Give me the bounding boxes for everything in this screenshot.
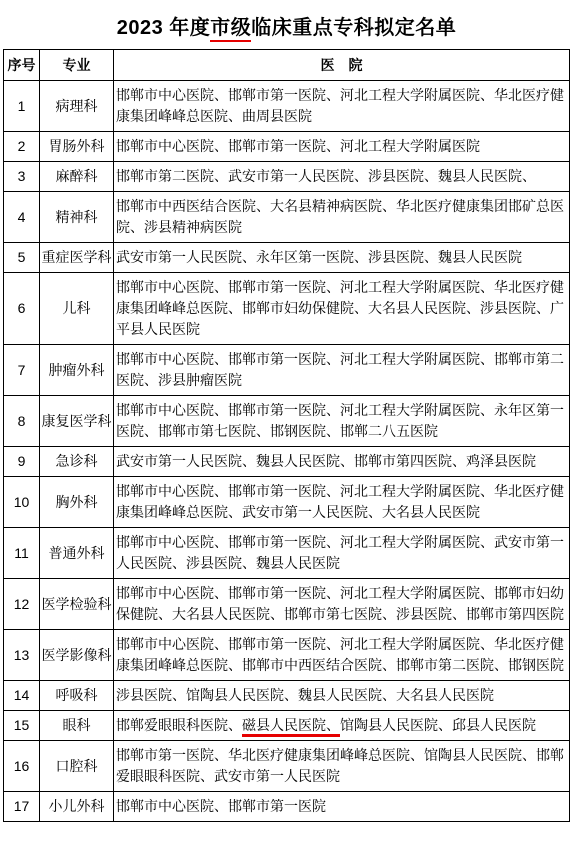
hospital-text: 邯郸市中心医院、邯郸市第一医院、河北工程大学附属医院、华北医疗健康集团峰峰总医院… — [116, 279, 564, 337]
table-row: 10 胸外科 邯郸市中心医院、邯郸市第一医院、河北工程大学附属医院、华北医疗健康… — [4, 477, 570, 528]
row-number-cell: 7 — [4, 345, 40, 396]
hospitals-cell: 邯郸市中心医院、邯郸市第一医院、河北工程大学附属医院、永年区第一医院、邯郸市第七… — [114, 396, 570, 447]
specialty-cell: 肿瘤外科 — [40, 345, 114, 396]
hospitals-cell: 邯郸爱眼眼科医院、磁县人民医院、馆陶县人民医院、邱县人民医院 — [114, 711, 570, 741]
highlighted-hospital: 磁县人民医院、 — [242, 717, 340, 737]
hospitals-cell: 涉县医院、馆陶县人民医院、魏县人民医院、大名县人民医院 — [114, 681, 570, 711]
specialty-cell: 精神科 — [40, 192, 114, 243]
hospitals-cell: 邯郸市中心医院、邯郸市第一医院 — [114, 792, 570, 822]
table-row: 14 呼吸科 涉县医院、馆陶县人民医院、魏县人民医院、大名县人民医院 — [4, 681, 570, 711]
hospital-text: 邯郸市中心医院、邯郸市第一医院 — [116, 798, 326, 814]
table-row: 2 胃肠外科 邯郸市中心医院、邯郸市第一医院、河北工程大学附属医院 — [4, 132, 570, 162]
specialty-cell: 医学影像科 — [40, 630, 114, 681]
specialty-cell: 麻醉科 — [40, 162, 114, 192]
hospitals-cell: 邯郸市中心医院、邯郸市第一医院、河北工程大学附属医院、华北医疗健康集团峰峰总医院… — [114, 81, 570, 132]
hospital-text: 武安市第一人民医院、魏县人民医院、邯郸市第四医院、鸡泽县医院 — [116, 453, 536, 469]
table-row: 1 病理科 邯郸市中心医院、邯郸市第一医院、河北工程大学附属医院、华北医疗健康集… — [4, 81, 570, 132]
document-page: 2023 年度市级临床重点专科拟定名单 序号 专业 医 院 1 病理科 邯郸市中… — [0, 0, 573, 844]
hospital-text: 邯郸市中心医院、邯郸市第一医院、河北工程大学附属医院、华北医疗健康集团峰峰总医院… — [116, 636, 564, 673]
hospitals-cell: 武安市第一人民医院、永年区第一医院、涉县医院、魏县人民医院 — [114, 243, 570, 273]
hospitals-cell: 邯郸市中心医院、邯郸市第一医院、河北工程大学附属医院、邯郸市妇幼保健院、大名县人… — [114, 579, 570, 630]
specialty-cell: 口腔科 — [40, 741, 114, 792]
hospital-text: 邯郸市第二医院、武安市第一人民医院、涉县医院、魏县人民医院、 — [116, 168, 536, 184]
table-row: 3 麻醉科 邯郸市第二医院、武安市第一人民医院、涉县医院、魏县人民医院、 — [4, 162, 570, 192]
hospitals-cell: 邯郸市中西医结合医院、大名县精神病医院、华北医疗健康集团邯矿总医院、涉县精神病医… — [114, 192, 570, 243]
row-number-cell: 2 — [4, 132, 40, 162]
document-table: 序号 专业 医 院 1 病理科 邯郸市中心医院、邯郸市第一医院、河北工程大学附属… — [3, 49, 570, 822]
hospitals-cell: 邯郸市中心医院、邯郸市第一医院、河北工程大学附属医院、邯郸市第二医院、涉县肿瘤医… — [114, 345, 570, 396]
table-row: 7 肿瘤外科 邯郸市中心医院、邯郸市第一医院、河北工程大学附属医院、邯郸市第二医… — [4, 345, 570, 396]
row-number-cell: 5 — [4, 243, 40, 273]
table-row: 11 普通外科 邯郸市中心医院、邯郸市第一医院、河北工程大学附属医院、武安市第一… — [4, 528, 570, 579]
specialty-cell: 眼科 — [40, 711, 114, 741]
row-number-cell: 1 — [4, 81, 40, 132]
specialty-cell: 重症医学科 — [40, 243, 114, 273]
hospitals-cell: 邯郸市中心医院、邯郸市第一医院、河北工程大学附属医院、华北医疗健康集团峰峰总医院… — [114, 477, 570, 528]
row-number-cell: 8 — [4, 396, 40, 447]
table-row: 12 医学检验科 邯郸市中心医院、邯郸市第一医院、河北工程大学附属医院、邯郸市妇… — [4, 579, 570, 630]
specialty-cell: 胃肠外科 — [40, 132, 114, 162]
page-title: 2023 年度市级临床重点专科拟定名单 — [0, 0, 573, 49]
row-number-cell: 3 — [4, 162, 40, 192]
hospital-text: 邯郸市中心医院、邯郸市第一医院、河北工程大学附属医院、华北医疗健康集团峰峰总医院… — [116, 87, 564, 124]
hospital-text: 邯郸市中心医院、邯郸市第一医院、河北工程大学附属医院、华北医疗健康集团峰峰总医院… — [116, 483, 564, 520]
hospital-text: 邯郸爱眼眼科医院、 — [116, 717, 242, 733]
hospitals-cell: 邯郸市第二医院、武安市第一人民医院、涉县医院、魏县人民医院、 — [114, 162, 570, 192]
hospitals-cell: 邯郸市中心医院、邯郸市第一医院、河北工程大学附属医院、华北医疗健康集团峰峰总医院… — [114, 630, 570, 681]
table-row: 13 医学影像科 邯郸市中心医院、邯郸市第一医院、河北工程大学附属医院、华北医疗… — [4, 630, 570, 681]
row-number-cell: 17 — [4, 792, 40, 822]
specialty-cell: 普通外科 — [40, 528, 114, 579]
title-text: 2023 年度 — [117, 17, 211, 39]
hospitals-cell: 邯郸市中心医院、邯郸市第一医院、河北工程大学附属医院 — [114, 132, 570, 162]
hospital-text: 涉县医院、馆陶县人民医院、魏县人民医院、大名县人民医院 — [116, 687, 494, 703]
title-text: 临床重点专科拟定名单 — [251, 17, 456, 39]
hospital-text: 馆陶县人民医院、邱县人民医院 — [340, 717, 536, 733]
title-red-marked-text: 市级 — [210, 17, 251, 42]
row-number-cell: 16 — [4, 741, 40, 792]
hospitals-cell: 邯郸市中心医院、邯郸市第一医院、河北工程大学附属医院、武安市第一人民医院、涉县医… — [114, 528, 570, 579]
row-number-cell: 9 — [4, 447, 40, 477]
hospital-text: 邯郸市中心医院、邯郸市第一医院、河北工程大学附属医院、邯郸市妇幼保健院、大名县人… — [116, 585, 564, 622]
header-cell-hospital: 医 院 — [114, 50, 570, 81]
hospital-text: 邯郸市中西医结合医院、大名县精神病医院、华北医疗健康集团邯矿总医院、涉县精神病医… — [116, 198, 564, 235]
hospitals-cell: 武安市第一人民医院、魏县人民医院、邯郸市第四医院、鸡泽县医院 — [114, 447, 570, 477]
hospital-text: 武安市第一人民医院、永年区第一医院、涉县医院、魏县人民医院 — [116, 249, 522, 265]
specialty-cell: 急诊科 — [40, 447, 114, 477]
specialty-cell: 小儿外科 — [40, 792, 114, 822]
specialty-cell: 病理科 — [40, 81, 114, 132]
hospitals-cell: 邯郸市第一医院、华北医疗健康集团峰峰总医院、馆陶县人民医院、邯郸爱眼眼科医院、武… — [114, 741, 570, 792]
table-row: 9 急诊科 武安市第一人民医院、魏县人民医院、邯郸市第四医院、鸡泽县医院 — [4, 447, 570, 477]
table-row: 16 口腔科 邯郸市第一医院、华北医疗健康集团峰峰总医院、馆陶县人民医院、邯郸爱… — [4, 741, 570, 792]
row-number-cell: 15 — [4, 711, 40, 741]
row-number-cell: 12 — [4, 579, 40, 630]
row-number-cell: 10 — [4, 477, 40, 528]
row-number-cell: 14 — [4, 681, 40, 711]
hospital-text: 邯郸市第一医院、华北医疗健康集团峰峰总医院、馆陶县人民医院、邯郸爱眼眼科医院、武… — [116, 747, 564, 784]
hospital-text: 邯郸市中心医院、邯郸市第一医院、河北工程大学附属医院、永年区第一医院、邯郸市第七… — [116, 402, 564, 439]
table-header-row: 序号 专业 医 院 — [4, 50, 570, 81]
row-number-cell: 6 — [4, 273, 40, 345]
specialty-cell: 医学检验科 — [40, 579, 114, 630]
hospital-text: 邯郸市中心医院、邯郸市第一医院、河北工程大学附属医院、武安市第一人民医院、涉县医… — [116, 534, 564, 571]
table-row: 17 小儿外科 邯郸市中心医院、邯郸市第一医院 — [4, 792, 570, 822]
specialty-cell: 康复医学科 — [40, 396, 114, 447]
table-row: 6 儿科 邯郸市中心医院、邯郸市第一医院、河北工程大学附属医院、华北医疗健康集团… — [4, 273, 570, 345]
table-row: 4 精神科 邯郸市中西医结合医院、大名县精神病医院、华北医疗健康集团邯矿总医院、… — [4, 192, 570, 243]
header-cell-specialty: 专业 — [40, 50, 114, 81]
row-number-cell: 13 — [4, 630, 40, 681]
specialty-cell: 胸外科 — [40, 477, 114, 528]
header-cell-number: 序号 — [4, 50, 40, 81]
row-number-cell: 11 — [4, 528, 40, 579]
hospitals-cell: 邯郸市中心医院、邯郸市第一医院、河北工程大学附属医院、华北医疗健康集团峰峰总医院… — [114, 273, 570, 345]
table-row: 15 眼科 邯郸爱眼眼科医院、磁县人民医院、馆陶县人民医院、邱县人民医院 — [4, 711, 570, 741]
table-row: 8 康复医学科 邯郸市中心医院、邯郸市第一医院、河北工程大学附属医院、永年区第一… — [4, 396, 570, 447]
specialty-cell: 呼吸科 — [40, 681, 114, 711]
row-number-cell: 4 — [4, 192, 40, 243]
hospital-text: 邯郸市中心医院、邯郸市第一医院、河北工程大学附属医院、邯郸市第二医院、涉县肿瘤医… — [116, 351, 564, 388]
specialty-cell: 儿科 — [40, 273, 114, 345]
table-body: 1 病理科 邯郸市中心医院、邯郸市第一医院、河北工程大学附属医院、华北医疗健康集… — [4, 81, 570, 822]
hospital-text: 邯郸市中心医院、邯郸市第一医院、河北工程大学附属医院 — [116, 138, 480, 154]
table-row: 5 重症医学科 武安市第一人民医院、永年区第一医院、涉县医院、魏县人民医院 — [4, 243, 570, 273]
